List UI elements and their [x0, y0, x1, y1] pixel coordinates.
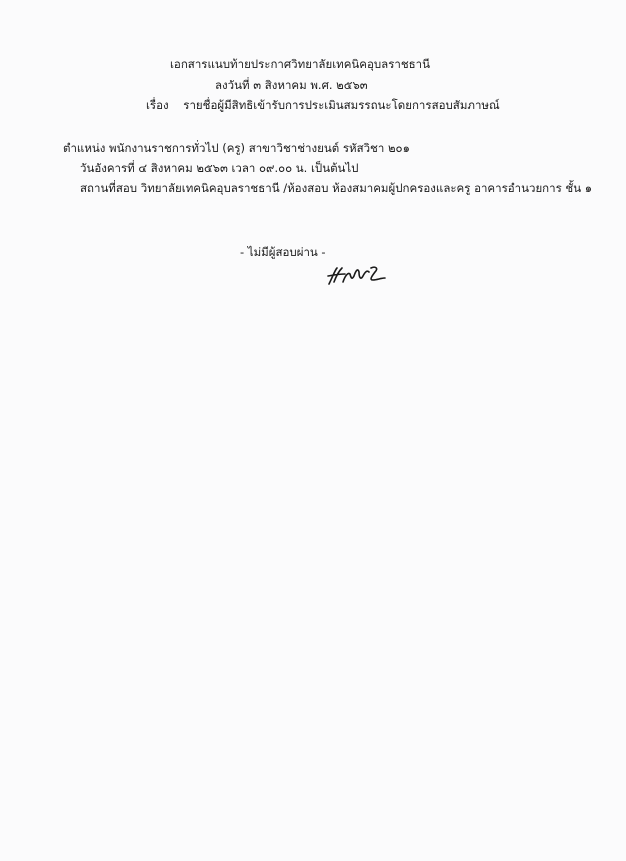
subject-label: เรื่อง: [146, 98, 169, 112]
document-subject: เรื่อง รายชื่อผู้มีสิทธิเข้ารับการประเมิ…: [146, 97, 500, 113]
handwritten-signature-icon: [325, 262, 387, 292]
document-page: เอกสารแนบท้ายประกาศวิทยาลัยเทคนิคอุบลราช…: [0, 0, 626, 861]
no-pass-notice: - ไม่มีผู้สอบผ่าน -: [240, 244, 326, 260]
exam-date-time: วันอังคารที่ ๔ สิงหาคม ๒๕๖๓ เวลา ๐๙.๐๐ น…: [80, 160, 358, 176]
document-date: ลงวันที่ ๓ สิงหาคม พ.ศ. ๒๕๖๓: [215, 77, 368, 93]
subject-text: รายชื่อผู้มีสิทธิเข้ารับการประเมินสมรรถน…: [183, 98, 499, 112]
exam-venue: สถานที่สอบ วิทยาลัยเทคนิคอุบลราชธานี /ห้…: [80, 180, 592, 196]
document-title: เอกสารแนบท้ายประกาศวิทยาลัยเทคนิคอุบลราช…: [170, 56, 430, 72]
position-line: ตำแหน่ง พนักงานราชการทั่วไป (ครู) สาขาวิ…: [63, 140, 410, 156]
